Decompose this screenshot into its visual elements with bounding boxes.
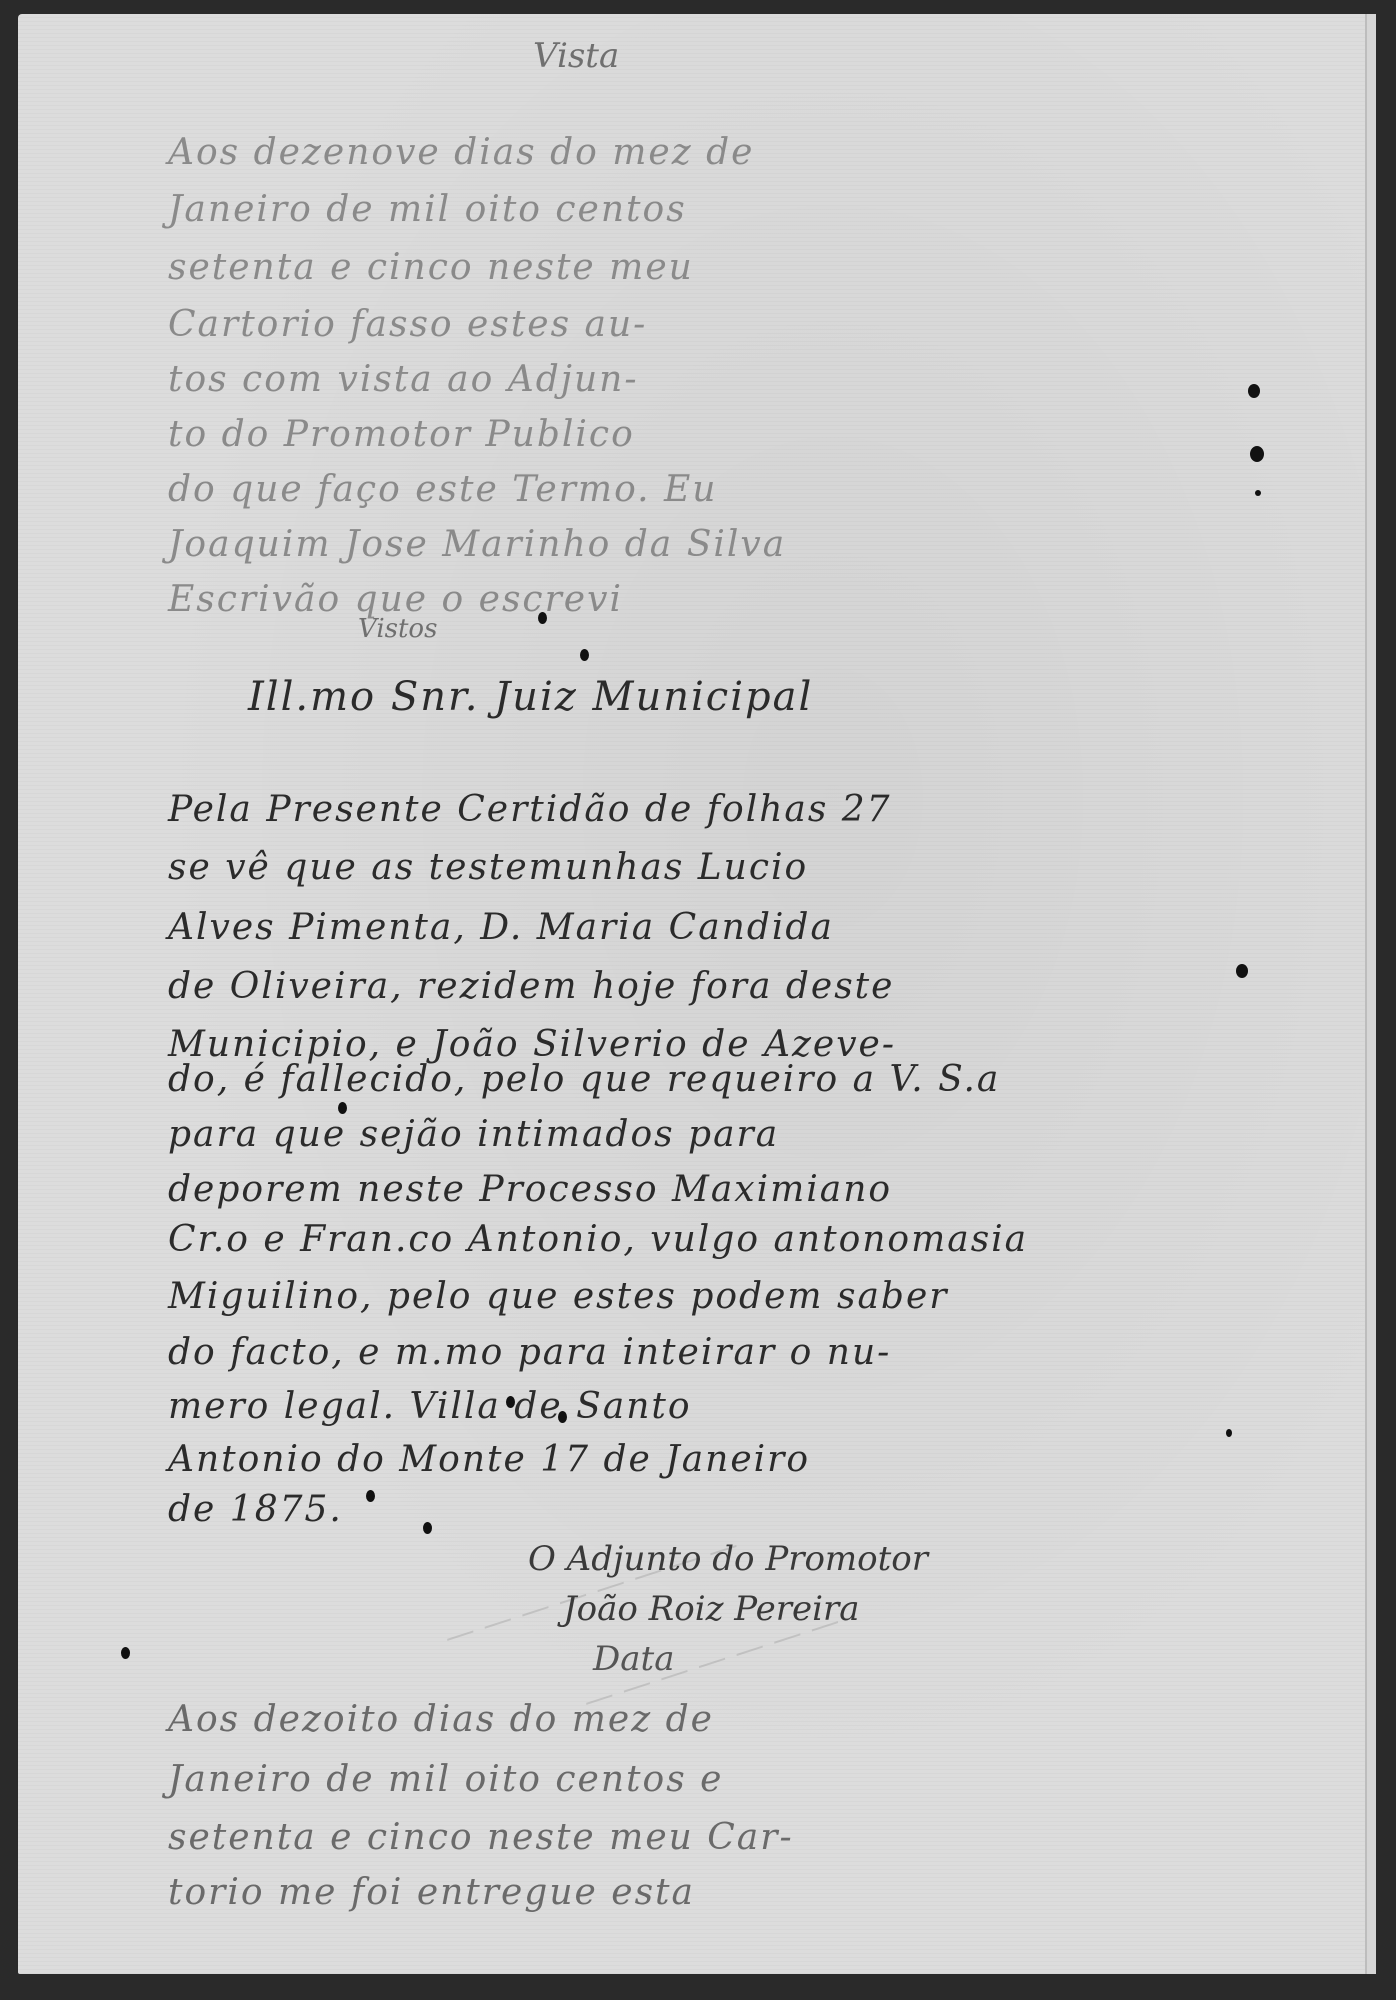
ink-spot [506,1396,515,1408]
petition-line: mero legal. Villa de Santo [168,1386,1118,1427]
ink-spot [1250,446,1264,462]
section1-line: tos com vista ao Adjun- [168,359,1118,400]
section1-line: do que faço este Termo. Eu [168,469,1118,510]
ink-spot [1226,1429,1232,1437]
ink-spot [1255,490,1261,496]
section2-line: torio me foi entregue esta [168,1872,1118,1913]
section2-line: Aos dezoito dias do mez de [168,1699,1118,1740]
signature-title: O Adjunto do Promotor [528,1539,928,1579]
ink-spot [1248,384,1260,398]
petition-line: de Oliveira, rezidem hoje fora deste [168,966,1118,1007]
salutation: Ill.mo Snr. Juiz Municipal [248,674,1198,720]
ink-spot [538,612,547,624]
section1-line: Janeiro de mil oito centos [168,189,1118,230]
ink-spot [121,1647,130,1659]
ink-spot [338,1102,347,1114]
ink-spot [1236,964,1248,978]
petition-line: Miguilino, pelo que estes podem saber [168,1276,1118,1317]
petition-line: de 1875. [168,1489,1118,1530]
petition-line: do facto, e m.mo para inteirar o nu- [168,1332,1118,1373]
section1-line: Escrivão que o escrevi [168,579,1118,620]
ink-spot [558,1411,567,1423]
petition-line: Cr.o e Fran.co Antonio, vulgo antonomasi… [168,1219,1118,1260]
ink-spot [423,1522,432,1534]
header-vista: Vista [533,36,619,76]
petition-line: para que sejão intimados para [168,1114,1118,1155]
manuscript-page: — — — — — — — — — — — — — — — Vista Aos … [18,14,1376,1974]
section1-line: Cartorio fasso estes au- [168,304,1118,345]
petition-line: Alves Pimenta, D. Maria Candida [168,907,1118,948]
section1-line: setenta e cinco neste meu [168,247,1118,288]
section1-line: Aos dezenove dias do mez de [168,132,1118,173]
signature-name: João Roiz Pereira [563,1589,860,1629]
petition-line: Antonio do Monte 17 de Janeiro [168,1439,1118,1480]
ink-spot [366,1490,375,1502]
section1-line: Joaquim Jose Marinho da Silva [168,524,1118,565]
closing-vistos: Vistos [358,614,437,644]
header-data: Data [593,1639,674,1679]
petition-line: deporem neste Processo Maximiano [168,1169,1118,1210]
petition-line: se vê que as testemunhas Lucio [168,847,1118,888]
petition-line: Pela Presente Certidão de folhas 27 [168,789,1118,830]
section1-line: to do Promotor Publico [168,414,1118,455]
adjacent-page-edge [1367,14,1376,1974]
section2-line: Janeiro de mil oito centos e [168,1759,1118,1800]
petition-line: do, é fallecido, pelo que requeiro a V. … [168,1059,1118,1100]
ink-spot [580,649,589,661]
section2-line: setenta e cinco neste meu Car- [168,1817,1118,1858]
